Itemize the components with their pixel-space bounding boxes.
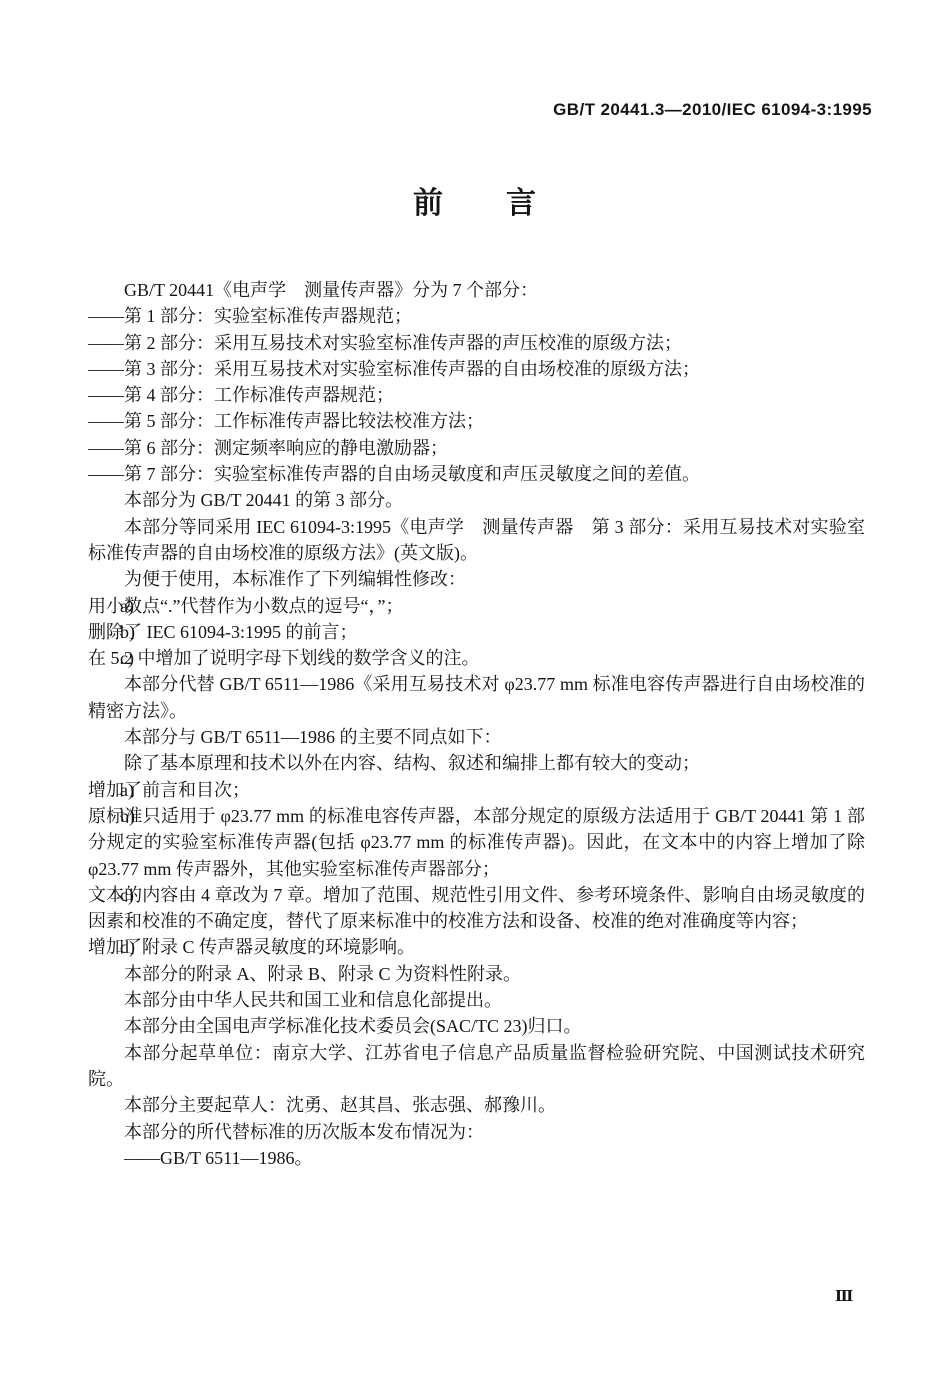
list-item-text: 用小数点“.”代替作为小数点的逗号“，”； — [88, 596, 403, 616]
part-list-item-5: ——第 5 部分：工作标准传声器比较法校准方法； — [88, 408, 865, 434]
diff-list-item-b: b) 原标准只适用于 φ23.77 mm 的标准电容传声器，本部分规定的原级方法… — [88, 803, 865, 882]
list-item-label: b) — [120, 619, 135, 645]
paragraph: 为便于使用，本标准作了下列编辑性修改： — [88, 566, 865, 592]
list-item-text: 增加了前言和目次； — [88, 780, 250, 800]
list-item-text: 在 5.2 中增加了说明字母下划线的数学含义的注。 — [88, 648, 480, 668]
list-item-text: 文本的内容由 4 章改为 7 章。增加了范围、规范性引用文件、参考环境条件、影响… — [88, 885, 865, 931]
diff-list-item-a: a) 增加了前言和目次； — [88, 777, 865, 803]
list-item-label: c) — [120, 882, 134, 908]
edit-list-item-c: c) 在 5.2 中增加了说明字母下划线的数学含义的注。 — [88, 645, 865, 671]
paragraph: 本部分由全国电声学标准化技术委员会(SAC/TC 23)归口。 — [88, 1013, 865, 1039]
list-item-label: c) — [120, 645, 134, 671]
paragraph: 本部分与 GB/T 6511—1986 的主要不同点如下： — [88, 724, 865, 750]
list-item-label: d) — [120, 934, 135, 960]
part-list-item-7: ——第 7 部分：实验室标准传声器的自由场灵敏度和声压灵敏度之间的差值。 — [88, 461, 865, 487]
page-title: 前 言 — [0, 178, 950, 222]
list-item-text: 原标准只适用于 φ23.77 mm 的标准电容传声器，本部分规定的原级方法适用于… — [88, 806, 865, 879]
paragraph: 本部分代替 GB/T 6511—1986《采用互易技术对 φ23.77 mm 标… — [88, 671, 865, 724]
intro-paragraph: GB/T 20441《电声学 测量传声器》分为 7 个部分： — [88, 277, 865, 303]
list-item-text: 增加了附录 C 传声器灵敏度的环境影响。 — [88, 937, 415, 957]
document-page: GB/T 20441.3—2010/IEC 61094-3:1995 前 言 G… — [0, 0, 950, 1388]
diff-list-item-d: d) 增加了附录 C 传声器灵敏度的环境影响。 — [88, 934, 865, 960]
list-item-label: a) — [120, 593, 134, 619]
paragraph: 本部分等同采用 IEC 61094-3:1995《电声学 测量传声器 第 3 部… — [88, 514, 865, 567]
page-number: Ⅲ — [835, 1287, 853, 1306]
edit-list-item-b: b) 删除了 IEC 61094-3:1995 的前言； — [88, 619, 865, 645]
paragraph: 本部分的附录 A、附录 B、附录 C 为资料性附录。 — [88, 961, 865, 987]
part-list-item-2: ——第 2 部分：采用互易技术对实验室标准传声器的声压校准的原级方法； — [88, 330, 865, 356]
part-list-item-4: ——第 4 部分：工作标准传声器规范； — [88, 382, 865, 408]
paragraph: 除了基本原理和技术以外在内容、结构、叙述和编排上都有较大的变动； — [88, 750, 865, 776]
previous-edition-item: ——GB/T 6511—1986。 — [88, 1145, 865, 1171]
foreword-body: GB/T 20441《电声学 测量传声器》分为 7 个部分： ——第 1 部分：… — [88, 277, 865, 1171]
paragraph: 本部分由中华人民共和国工业和信息化部提出。 — [88, 987, 865, 1013]
edit-list-item-a: a) 用小数点“.”代替作为小数点的逗号“，”； — [88, 593, 865, 619]
paragraph: 本部分主要起草人：沈勇、赵其昌、张志强、郝豫川。 — [88, 1092, 865, 1118]
part-list-item-1: ——第 1 部分：实验室标准传声器规范； — [88, 303, 865, 329]
diff-list-item-c: c) 文本的内容由 4 章改为 7 章。增加了范围、规范性引用文件、参考环境条件… — [88, 882, 865, 935]
part-list-item-3: ——第 3 部分：采用互易技术对实验室标准传声器的自由场校准的原级方法； — [88, 356, 865, 382]
part-list-item-6: ——第 6 部分：测定频率响应的静电激励器； — [88, 435, 865, 461]
paragraph: 本部分为 GB/T 20441 的第 3 部分。 — [88, 487, 865, 513]
paragraph: 本部分起草单位：南京大学、江苏省电子信息产品质量监督检验研究院、中国测试技术研究… — [88, 1040, 865, 1093]
list-item-label: b) — [120, 803, 135, 829]
list-item-label: a) — [120, 777, 134, 803]
standard-number-header: GB/T 20441.3—2010/IEC 61094-3:1995 — [553, 100, 872, 120]
paragraph: 本部分的所代替标准的历次版本发布情况为： — [88, 1119, 865, 1145]
